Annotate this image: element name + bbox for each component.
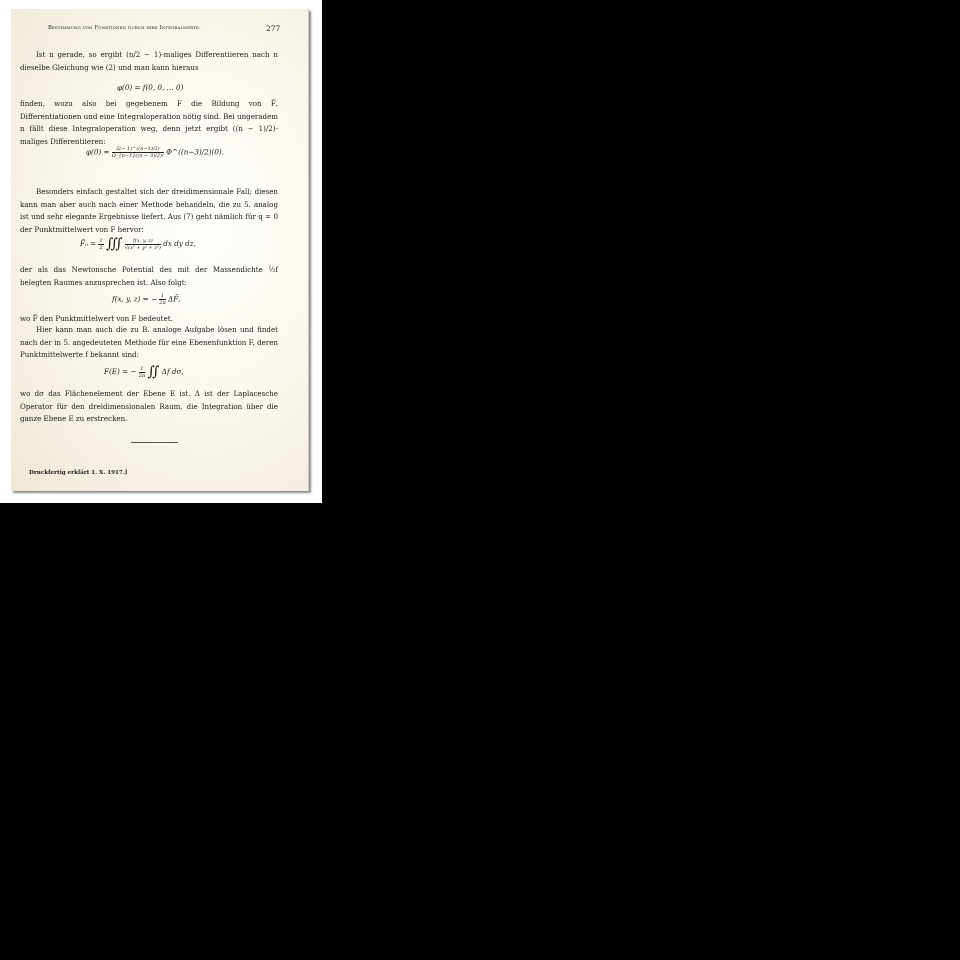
paragraph-7: wo dσ das Flächenelement der Ebene E ist… (20, 388, 278, 426)
eq3-tail: dx dy dz, (163, 239, 196, 248)
paragraph-3: Besonders einfach gestaltet sich der dre… (20, 186, 278, 236)
eq4-den: 2π (159, 300, 165, 306)
eq2-rhs: Φ^((n−3)/2)(0). (166, 148, 224, 157)
eq3-coef-den: 2 (98, 245, 103, 251)
section-end-rule (131, 442, 178, 443)
paragraph-4: der als das Newtonsche Potential des mit… (20, 264, 278, 289)
eq2-denominator: Ω_{n−1}((n − 3)/2)! (112, 153, 164, 159)
footer-note: Druckfertig erklärt 1. X. 1917.] (29, 470, 127, 476)
equation-2: φ(0) = 2(− 1)^((n−1)/2) Ω_{n−1}((n − 3)/… (86, 146, 224, 159)
eq4-tail: ΔF̄, (168, 295, 180, 304)
double-integral-sign: ∬ (148, 364, 160, 380)
image-frame: Bestimmung von Funktionen durch ihre Int… (0, 0, 322, 503)
eq2-numerator: 2(− 1)^((n−1)/2) (112, 146, 164, 153)
eq4-lhs: f(x, y, z) = − (112, 295, 157, 304)
eq2-lhs: φ(0) = (86, 148, 110, 157)
running-head: Bestimmung von Funktionen durch ihre Int… (48, 25, 201, 31)
eq4-fraction: 1 2π (159, 293, 165, 306)
eq5-lhs: F(E) = − (104, 367, 136, 376)
eq3-integrand-den: √(x² + y² + z²) (125, 245, 161, 251)
equation-3: F̄₀ = 1 2 ∭ f(x, y, z) √(x² + y² + z²) d… (80, 236, 196, 252)
page-number: 277 (266, 24, 280, 33)
equation-1: φ(0) = f(0, 0, … 0) (117, 83, 183, 92)
equation-5: F(E) = − 1 2π ∬ Δf dσ, (104, 364, 184, 380)
eq5-den: 2π (139, 373, 145, 379)
eq3-integrand-num: f(x, y, z) (125, 238, 161, 245)
eq2-fraction: 2(− 1)^((n−1)/2) Ω_{n−1}((n − 3)/2)! (112, 146, 164, 159)
paragraph-1: Ist n gerade, so ergibt (n/2 − 1)-malige… (20, 49, 278, 74)
triple-integral-sign: ∭ (106, 236, 123, 252)
eq3-coefficient: 1 2 (98, 238, 103, 251)
eq4-num: 1 (159, 293, 165, 300)
eq5-fraction: 1 2π (139, 366, 145, 379)
paragraph-6: Hier kann man auch die zu B. analoge Auf… (20, 324, 278, 362)
eq3-integrand: f(x, y, z) √(x² + y² + z²) (125, 238, 161, 251)
eq5-num: 1 (139, 366, 145, 373)
eq3-lhs: F̄₀ = (80, 239, 96, 248)
paragraph-2: finden, wozu also bei gegebenem F die Bi… (20, 98, 278, 148)
equation-4: f(x, y, z) = − 1 2π ΔF̄, (112, 293, 181, 306)
eq3-coef-num: 1 (98, 238, 103, 245)
eq5-tail: Δf dσ, (162, 367, 184, 376)
